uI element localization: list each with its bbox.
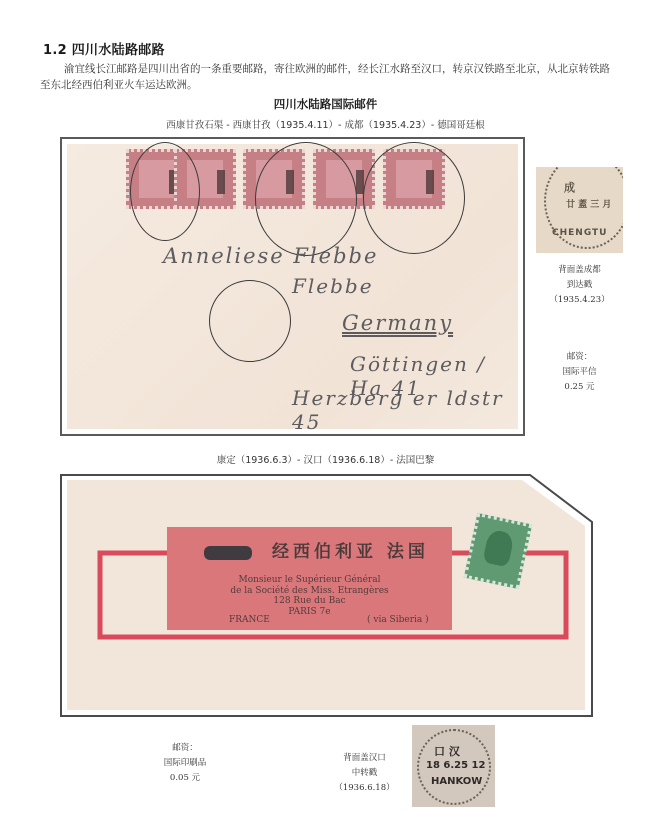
exhibit-title: 四川水陆路国际邮件	[0, 96, 651, 112]
handwritten-address-line: Germany	[342, 311, 453, 335]
backstamp-caption-chengdu: 背面盖成都 到达戳 （1935.4.23）	[536, 263, 623, 308]
label-address: Monsieur le Supérieur Général de la Soci…	[167, 575, 452, 617]
postmark	[363, 142, 465, 254]
envelope-paper: Anneliese Flebbe Flebbe Germany Göttinge…	[67, 144, 518, 429]
label-country: FRANCE	[229, 615, 270, 625]
address-label: 经西伯利亚 法国 Monsieur le Supérieur Général d…	[167, 527, 452, 630]
route-caption-1: 西康甘孜石渠 - 西康甘孜（1935.4.11）- 成都（1935.4.23）-…	[0, 117, 651, 131]
postmark	[130, 142, 200, 241]
postage-caption-1: 邮资： 国际平信 0.25 元	[536, 350, 623, 395]
section-heading: 1.2 四川水陆路邮路	[43, 39, 165, 58]
backstamp-caption-hankow: 背面盖汉口 中转戳 （1936.6.18）	[327, 751, 402, 796]
intro-paragraph: 渝宜线长江邮路是四川出省的一条重要邮路，寄往欧洲的邮件，经长江水路至汉口，转京汉…	[40, 61, 618, 93]
label-via: ( via Siberia )	[367, 615, 429, 625]
handwritten-address-line: Anneliese Flebbe	[163, 244, 378, 268]
route-caption-2: 康定（1936.6.3）- 汉口（1936.6.18）- 法国巴黎	[0, 452, 651, 466]
postmark	[255, 142, 357, 256]
ink-blot	[204, 546, 252, 560]
backstamp-image-chengdu: 成 廿 蓋 三 月 CHENGTU	[536, 167, 623, 253]
postage-caption-2: 邮资： 国际印刷品 0.05 元	[150, 741, 220, 786]
postmark-ganzi	[209, 280, 291, 362]
label-chinese-text: 经西伯利亚 法国	[272, 537, 429, 562]
handwritten-address-line: Herzberg er ldstr 45	[292, 386, 518, 434]
cover-image-1: Anneliese Flebbe Flebbe Germany Göttinge…	[60, 137, 525, 436]
handwritten-address-line: Flebbe	[292, 274, 374, 298]
backstamp-image-hankow: 口 汉 18 6.25 12 HANKOW	[412, 725, 495, 807]
